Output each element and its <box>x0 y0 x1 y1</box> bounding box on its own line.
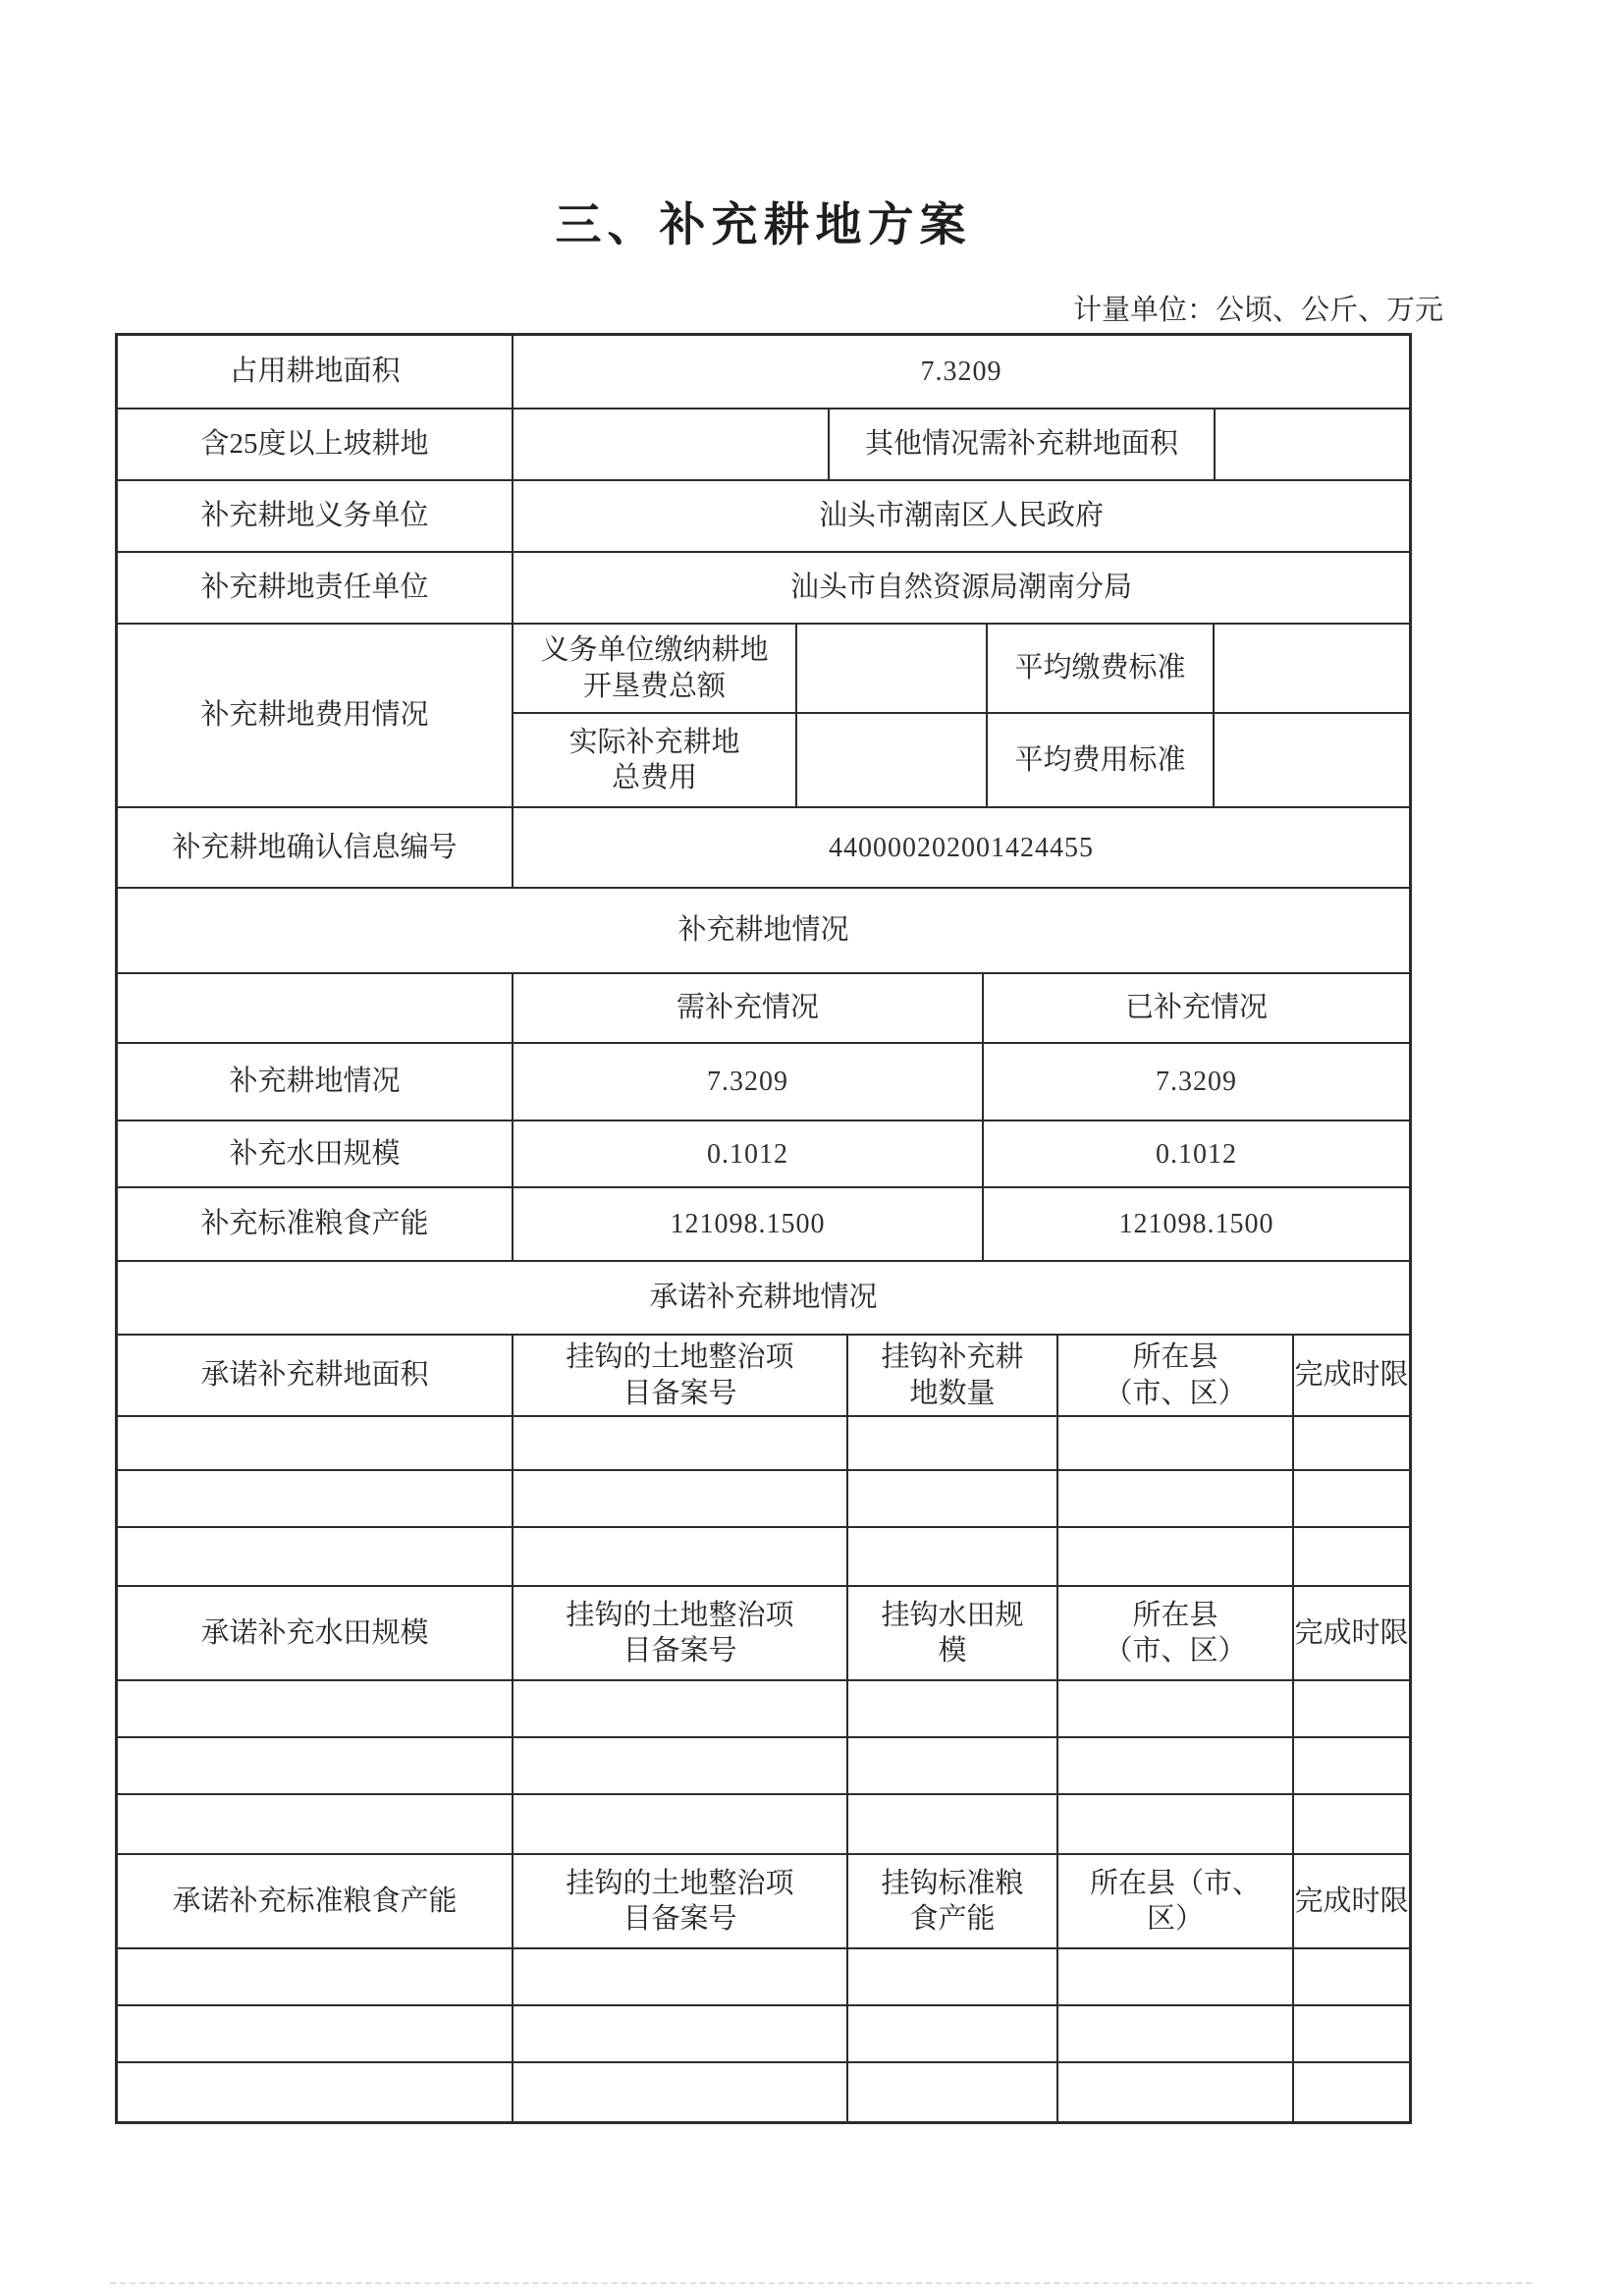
empty-cell <box>118 2006 514 2061</box>
fee-paid-label: 义务单位缴纳耕地 开垦费总额 <box>514 625 797 712</box>
situation-row-capacity: 补充标准粮食产能 121098.1500 121098.1500 <box>118 1188 1409 1262</box>
commitment-paddy-header-row: 承诺补充水田规模 挂钩的土地整治项 目备案号 挂钩水田规 模 所在县 （市、区）… <box>118 1587 1409 1681</box>
fee-actual-value <box>797 714 988 806</box>
situation-paddy-done-value: 0.1012 <box>984 1121 1409 1186</box>
empty-cell <box>118 1471 514 1526</box>
empty-cell <box>1058 1528 1294 1585</box>
empty-cell <box>848 2063 1058 2121</box>
empty-cell <box>1294 2063 1409 2121</box>
empty-cell <box>1294 1528 1409 1585</box>
commitment-paddy-label: 承诺补充水田规模 <box>118 1587 514 1679</box>
empty-cell <box>1058 2063 1294 2121</box>
commitment-paddy-empty-row <box>118 1795 1409 1855</box>
commitment-paddy-amount-header: 挂钩水田规 模 <box>848 1587 1058 1679</box>
row-confirmation-number: 补充耕地确认信息编号 440000202001424455 <box>118 808 1409 889</box>
occupied-area-value: 7.3209 <box>514 336 1409 408</box>
empty-cell <box>1058 1417 1294 1469</box>
slope25-label: 含25度以上坡耕地 <box>118 410 514 479</box>
commitment-area-project-header: 挂钩的土地整治项 目备案号 <box>514 1336 848 1415</box>
commitment-paddy-empty-row <box>118 1681 1409 1738</box>
empty-cell <box>1294 1949 1409 2004</box>
row-occupied-area: 占用耕地面积 7.3209 <box>118 336 1409 410</box>
commitment-area-empty-row <box>118 1471 1409 1528</box>
empty-cell <box>1058 1738 1294 1793</box>
commitment-area-county-header: 所在县 （市、区） <box>1058 1336 1294 1415</box>
situation-capacity-label: 补充标准粮食产能 <box>118 1188 514 1260</box>
commitment-paddy-empty-row <box>118 1738 1409 1795</box>
empty-cell <box>514 1738 848 1793</box>
situation-row-farmland: 补充耕地情况 7.3209 7.3209 <box>118 1044 1409 1121</box>
row-slope-and-other: 含25度以上坡耕地 其他情况需补充耕地面积 <box>118 410 1409 481</box>
fee-actual-label: 实际补充耕地 总费用 <box>514 714 797 806</box>
commitment-capacity-label: 承诺补充标准粮食产能 <box>118 1855 514 1947</box>
row-fee-paid: 义务单位缴纳耕地 开垦费总额 平均缴费标准 <box>514 625 1409 714</box>
situation-capacity-done-value: 121098.1500 <box>984 1188 1409 1260</box>
row-situation-column-headers: 需补充情况 已补充情况 <box>118 974 1409 1044</box>
empty-cell <box>848 2006 1058 2061</box>
empty-cell <box>514 1417 848 1469</box>
fee-paid-value <box>797 625 988 712</box>
commitment-capacity-empty-row <box>118 2006 1409 2063</box>
empty-cell <box>848 1795 1058 1853</box>
situation-section-title: 补充耕地情况 <box>118 889 1409 972</box>
empty-cell <box>118 1681 514 1736</box>
commitment-area-empty-row <box>118 1417 1409 1471</box>
empty-cell <box>514 2006 848 2061</box>
scan-artifact-line <box>110 2282 1532 2284</box>
commitment-paddy-deadline-header: 完成时限 <box>1294 1587 1409 1679</box>
commitment-area-label: 承诺补充耕地面积 <box>118 1336 514 1415</box>
commitment-capacity-project-header: 挂钩的土地整治项 目备案号 <box>514 1855 848 1947</box>
empty-cell <box>514 1795 848 1853</box>
commitment-capacity-empty-row <box>118 2063 1409 2121</box>
empty-cell <box>514 1681 848 1736</box>
other-need-label: 其他情况需补充耕地面积 <box>830 410 1216 479</box>
commitment-section-title: 承诺补充耕地情况 <box>118 1262 1409 1334</box>
fee-paid-standard-label: 平均缴费标准 <box>988 625 1215 712</box>
fee-subrows: 义务单位缴纳耕地 开垦费总额 平均缴费标准 实际补充耕地 总费用 平均费用标准 <box>514 625 1409 806</box>
empty-cell <box>514 2063 848 2121</box>
empty-cell <box>1294 1795 1409 1853</box>
commitment-capacity-header-row: 承诺补充标准粮食产能 挂钩的土地整治项 目备案号 挂钩标准粮 食产能 所在县（市… <box>118 1855 1409 1949</box>
scanned-document-page: 三、补充耕地方案 计量单位：公顷、公斤、万元 占用耕地面积 7.3209 含25… <box>0 0 1623 2296</box>
fee-label: 补充耕地费用情况 <box>118 625 514 806</box>
empty-cell <box>1294 1417 1409 1469</box>
empty-cell <box>514 1471 848 1526</box>
situation-paddy-label: 补充水田规模 <box>118 1121 514 1186</box>
row-fee-situation: 补充耕地费用情况 义务单位缴纳耕地 开垦费总额 平均缴费标准 实际补充耕地 总费… <box>118 625 1409 808</box>
empty-cell <box>118 1949 514 2004</box>
situation-farmland-need-value: 7.3209 <box>514 1044 984 1120</box>
commitment-capacity-deadline-header: 完成时限 <box>1294 1855 1409 1947</box>
empty-cell <box>1294 2006 1409 2061</box>
empty-cell <box>848 1471 1058 1526</box>
empty-cell <box>848 1681 1058 1736</box>
occupied-area-label: 占用耕地面积 <box>118 336 514 408</box>
empty-cell <box>848 1528 1058 1585</box>
page-title: 三、补充耕地方案 <box>118 189 1409 254</box>
row-fee-actual: 实际补充耕地 总费用 平均费用标准 <box>514 714 1409 806</box>
empty-cell <box>1058 1949 1294 2004</box>
empty-cell <box>1294 1681 1409 1736</box>
empty-cell <box>1058 1471 1294 1526</box>
situation-paddy-need-value: 0.1012 <box>514 1121 984 1186</box>
empty-cell <box>514 1949 848 2004</box>
row-situation-section-header: 补充耕地情况 <box>118 889 1409 974</box>
commitment-capacity-amount-header: 挂钩标准粮 食产能 <box>848 1855 1058 1947</box>
empty-cell <box>848 1417 1058 1469</box>
row-commitment-section-header: 承诺补充耕地情况 <box>118 1262 1409 1336</box>
responsible-unit-label: 补充耕地责任单位 <box>118 553 514 623</box>
commitment-capacity-county-header: 所在县（市、 区） <box>1058 1855 1294 1947</box>
situation-need-column-header: 需补充情况 <box>514 974 984 1042</box>
empty-cell <box>514 1528 848 1585</box>
supplement-farmland-table: 占用耕地面积 7.3209 含25度以上坡耕地 其他情况需补充耕地面积 补充耕地… <box>115 333 1412 2124</box>
obligation-unit-label: 补充耕地义务单位 <box>118 481 514 551</box>
row-obligation-unit: 补充耕地义务单位 汕头市潮南区人民政府 <box>118 481 1409 553</box>
commitment-capacity-empty-row <box>118 1949 1409 2006</box>
empty-cell <box>118 1417 514 1469</box>
empty-cell <box>848 1949 1058 2004</box>
commitment-area-amount-header: 挂钩补充耕 地数量 <box>848 1336 1058 1415</box>
empty-cell <box>1058 1795 1294 1853</box>
empty-cell <box>1294 1471 1409 1526</box>
fee-actual-standard-value <box>1215 714 1409 806</box>
empty-cell <box>118 1738 514 1793</box>
empty-cell <box>848 1738 1058 1793</box>
situation-farmland-label: 补充耕地情况 <box>118 1044 514 1120</box>
empty-cell <box>1294 1738 1409 1793</box>
slope25-value <box>514 410 830 479</box>
empty-cell <box>118 1528 514 1585</box>
commitment-area-empty-row <box>118 1528 1409 1587</box>
responsible-unit-value: 汕头市自然资源局潮南分局 <box>514 553 1409 623</box>
situation-blank-header <box>118 974 514 1042</box>
other-need-value <box>1216 410 1409 479</box>
commitment-paddy-project-header: 挂钩的土地整治项 目备案号 <box>514 1587 848 1679</box>
measurement-unit-note: 计量单位：公顷、公斤、万元 <box>118 288 1443 328</box>
empty-cell <box>1058 1681 1294 1736</box>
commitment-area-header-row: 承诺补充耕地面积 挂钩的土地整治项 目备案号 挂钩补充耕 地数量 所在县 （市、… <box>118 1336 1409 1417</box>
situation-done-column-header: 已补充情况 <box>984 974 1409 1042</box>
situation-row-paddy: 补充水田规模 0.1012 0.1012 <box>118 1121 1409 1188</box>
situation-farmland-done-value: 7.3209 <box>984 1044 1409 1120</box>
commitment-area-deadline-header: 完成时限 <box>1294 1336 1409 1415</box>
commitment-paddy-county-header: 所在县 （市、区） <box>1058 1587 1294 1679</box>
fee-actual-standard-label: 平均费用标准 <box>988 714 1215 806</box>
confirmation-number-label: 补充耕地确认信息编号 <box>118 808 514 887</box>
empty-cell <box>118 1795 514 1853</box>
empty-cell <box>1058 2006 1294 2061</box>
confirmation-number-value: 440000202001424455 <box>514 808 1409 887</box>
obligation-unit-value: 汕头市潮南区人民政府 <box>514 481 1409 551</box>
situation-capacity-need-value: 121098.1500 <box>514 1188 984 1260</box>
empty-cell <box>118 2063 514 2121</box>
fee-paid-standard-value <box>1215 625 1409 712</box>
row-responsible-unit: 补充耕地责任单位 汕头市自然资源局潮南分局 <box>118 553 1409 625</box>
